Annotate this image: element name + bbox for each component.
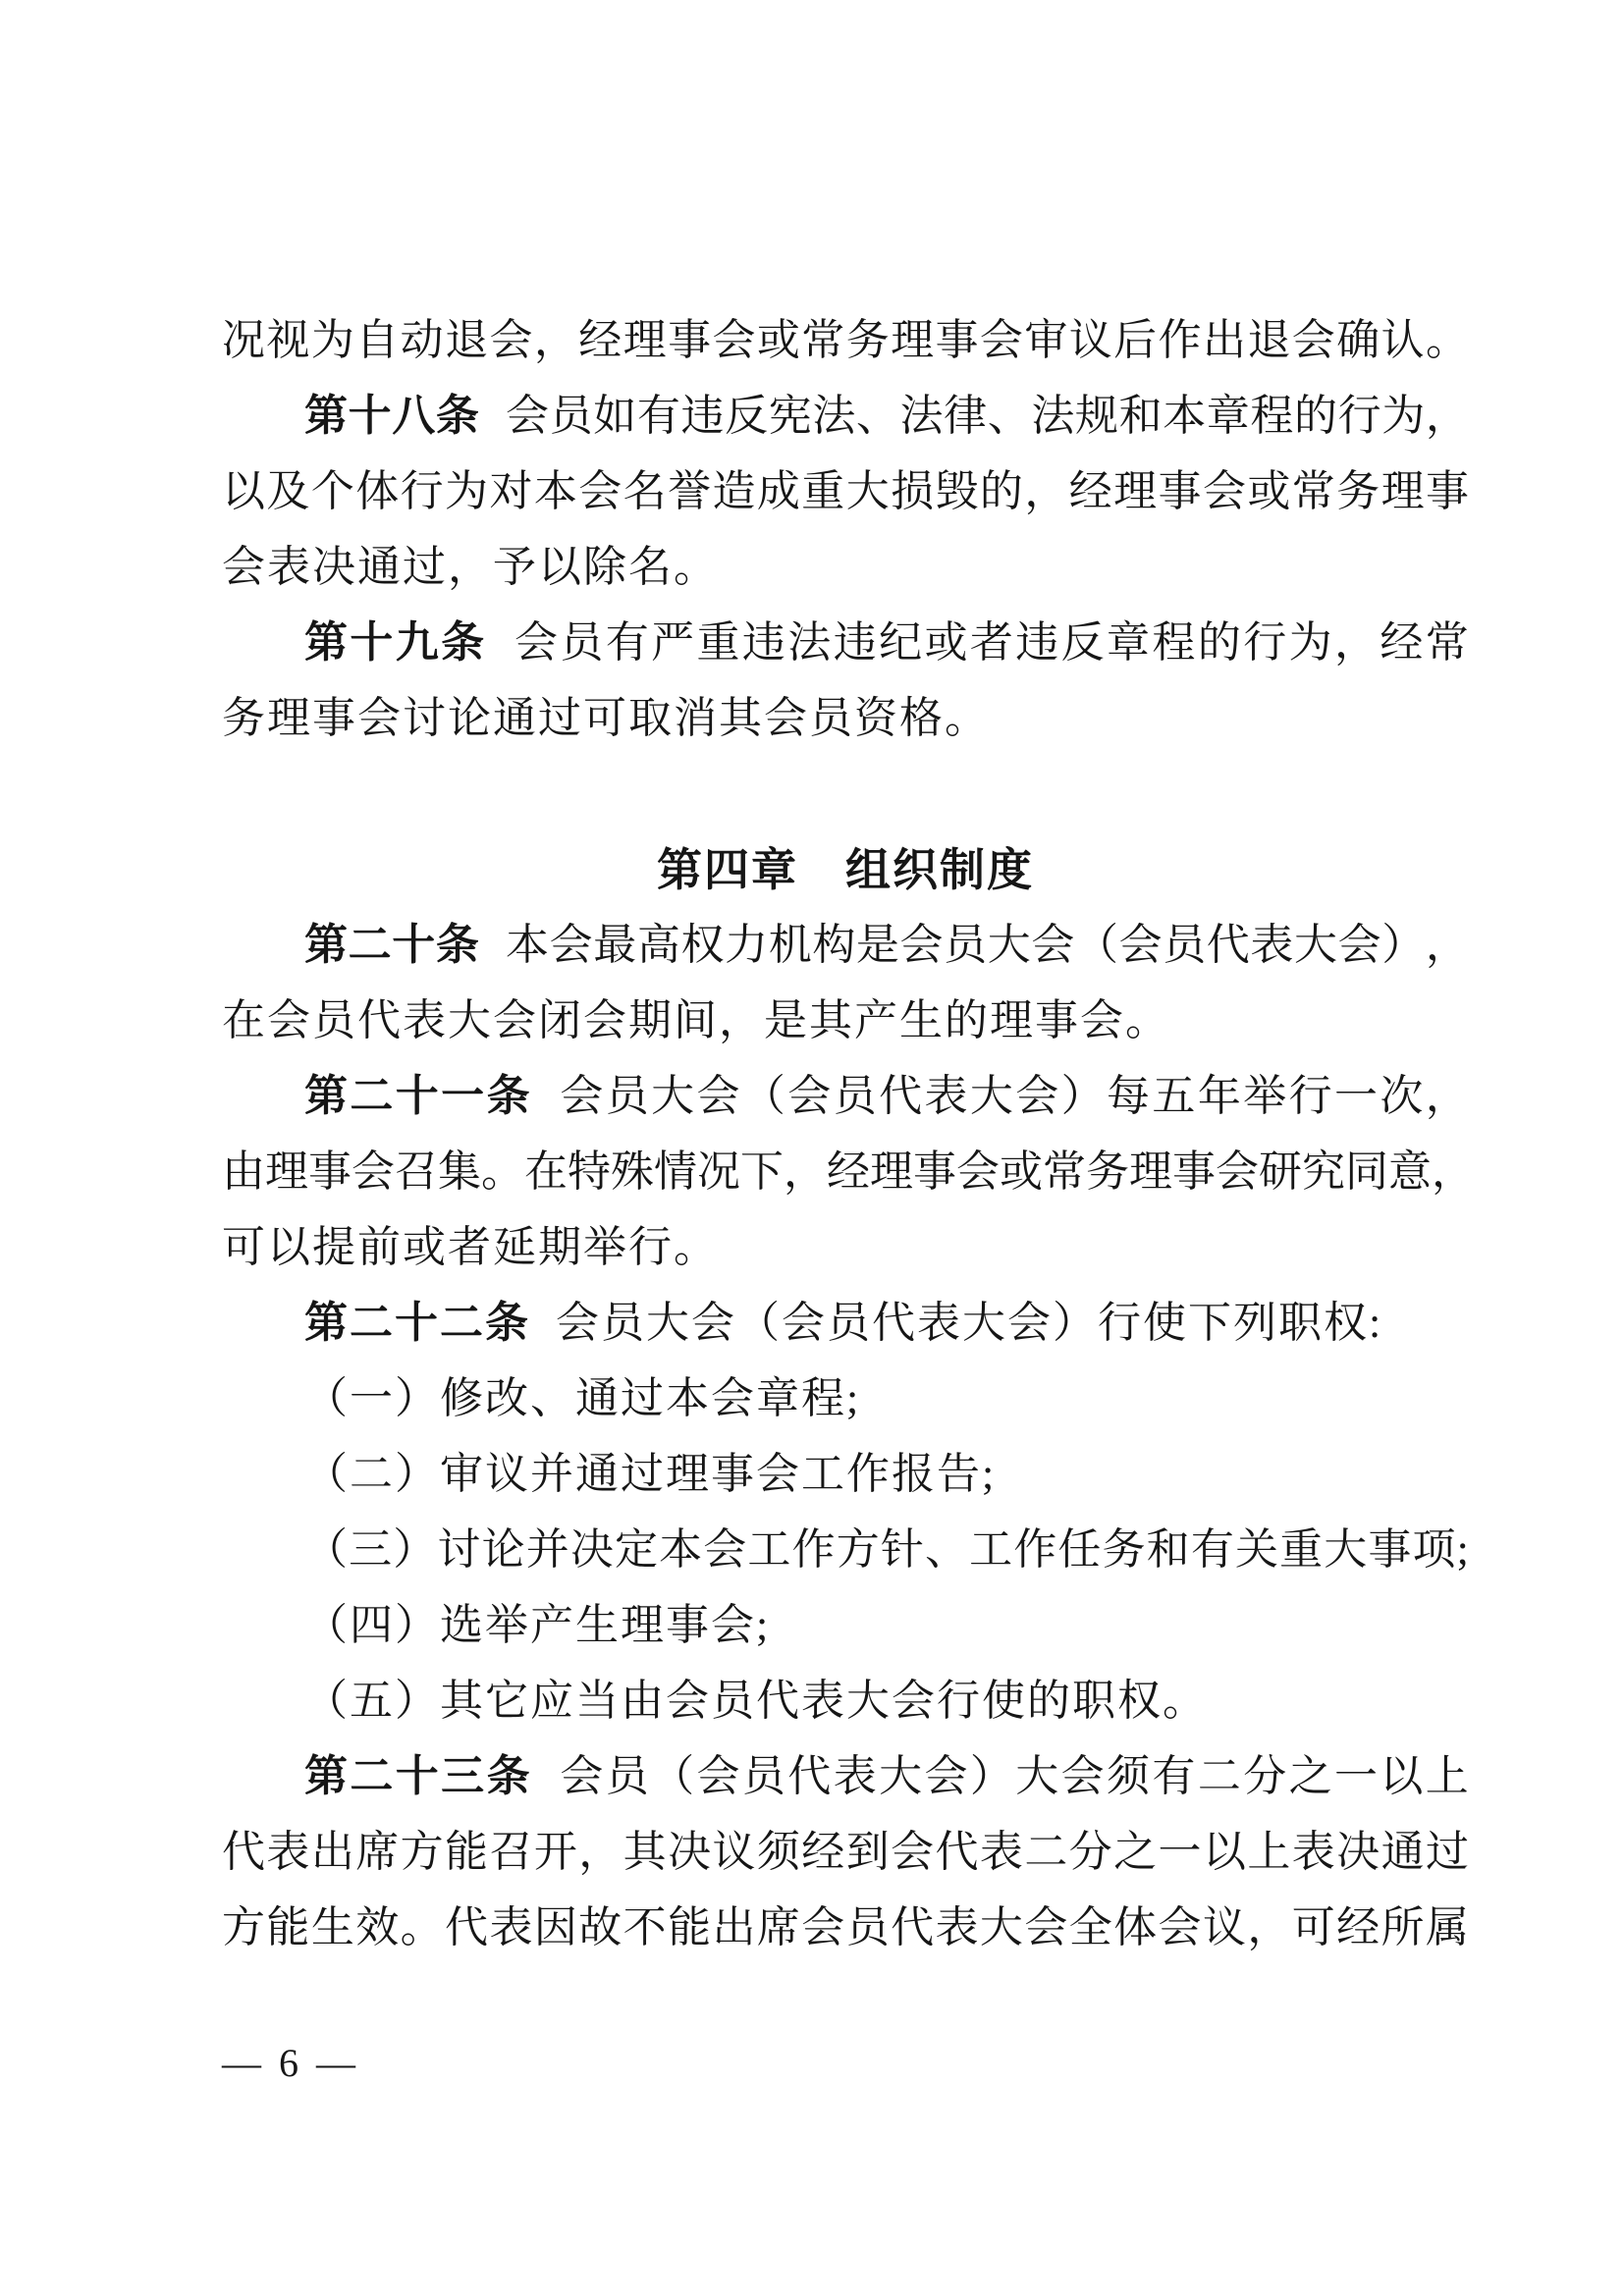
document-line: 由理事会召集。在特殊情况下，经理事会或常务理事会研究同意， (222, 1144, 1469, 1201)
document-line: 在会员代表大会闭会期间，是其产生的理事会。 (222, 992, 1469, 1049)
document-line: 第二十二条会员大会（会员代表大会）行使下列职权: (222, 1295, 1469, 1352)
document-line: 可以提前或者延期举行。 (222, 1219, 1469, 1276)
article-number: 第二十二条 (304, 1299, 530, 1347)
document-line: 第二十条本会最高权力机构是会员大会（会员代表大会）， (222, 917, 1469, 974)
document-page: — 6 — 况视为自动退会，经理事会或常务理事会审议后作出退会确认。第十八条会员… (0, 0, 1624, 2296)
document-line: （三）讨论并决定本会工作方针、工作任务和有关重大事项; (222, 1522, 1469, 1578)
chapter-heading: 第四章 组织制度 (222, 841, 1469, 898)
document-line: 第二十一条会员大会（会员代表大会）每五年举行一次， (222, 1068, 1469, 1125)
document-line: 方能生效。代表因故不能出席会员代表大会全体会议，可经所属 (222, 1899, 1469, 1956)
document-line: 会表决通过，予以除名。 (222, 539, 1469, 596)
page-number-footer: — 6 — (222, 2040, 359, 2086)
document-line: 以及个体行为对本会名誉造成重大损毁的，经理事会或常务理事 (222, 463, 1469, 520)
document-line: （四）选举产生理事会; (222, 1597, 1469, 1654)
document-line: 第十九条会员有严重违法违纪或者违反章程的行为，经常 (222, 614, 1469, 671)
document-line: （五）其它应当由会员代表大会行使的职权。 (222, 1673, 1469, 1730)
document-line: （二）审议并通过理事会工作报告; (222, 1446, 1469, 1503)
document-line: （一）修改、通过本会章程; (222, 1370, 1469, 1427)
document-line: 况视为自动退会，经理事会或常务理事会审议后作出退会确认。 (222, 312, 1469, 369)
document-line: 代表出席方能召开，其决议须经到会代表二分之一以上表决通过 (222, 1824, 1469, 1881)
document-line: 务理事会讨论通过可取消其会员资格。 (222, 690, 1469, 747)
document-line: 第二十三条会员（会员代表大会）大会须有二分之一以上 (222, 1748, 1469, 1805)
document-line: 第十八条会员如有违反宪法、法律、法规和本章程的行为， (222, 388, 1469, 445)
